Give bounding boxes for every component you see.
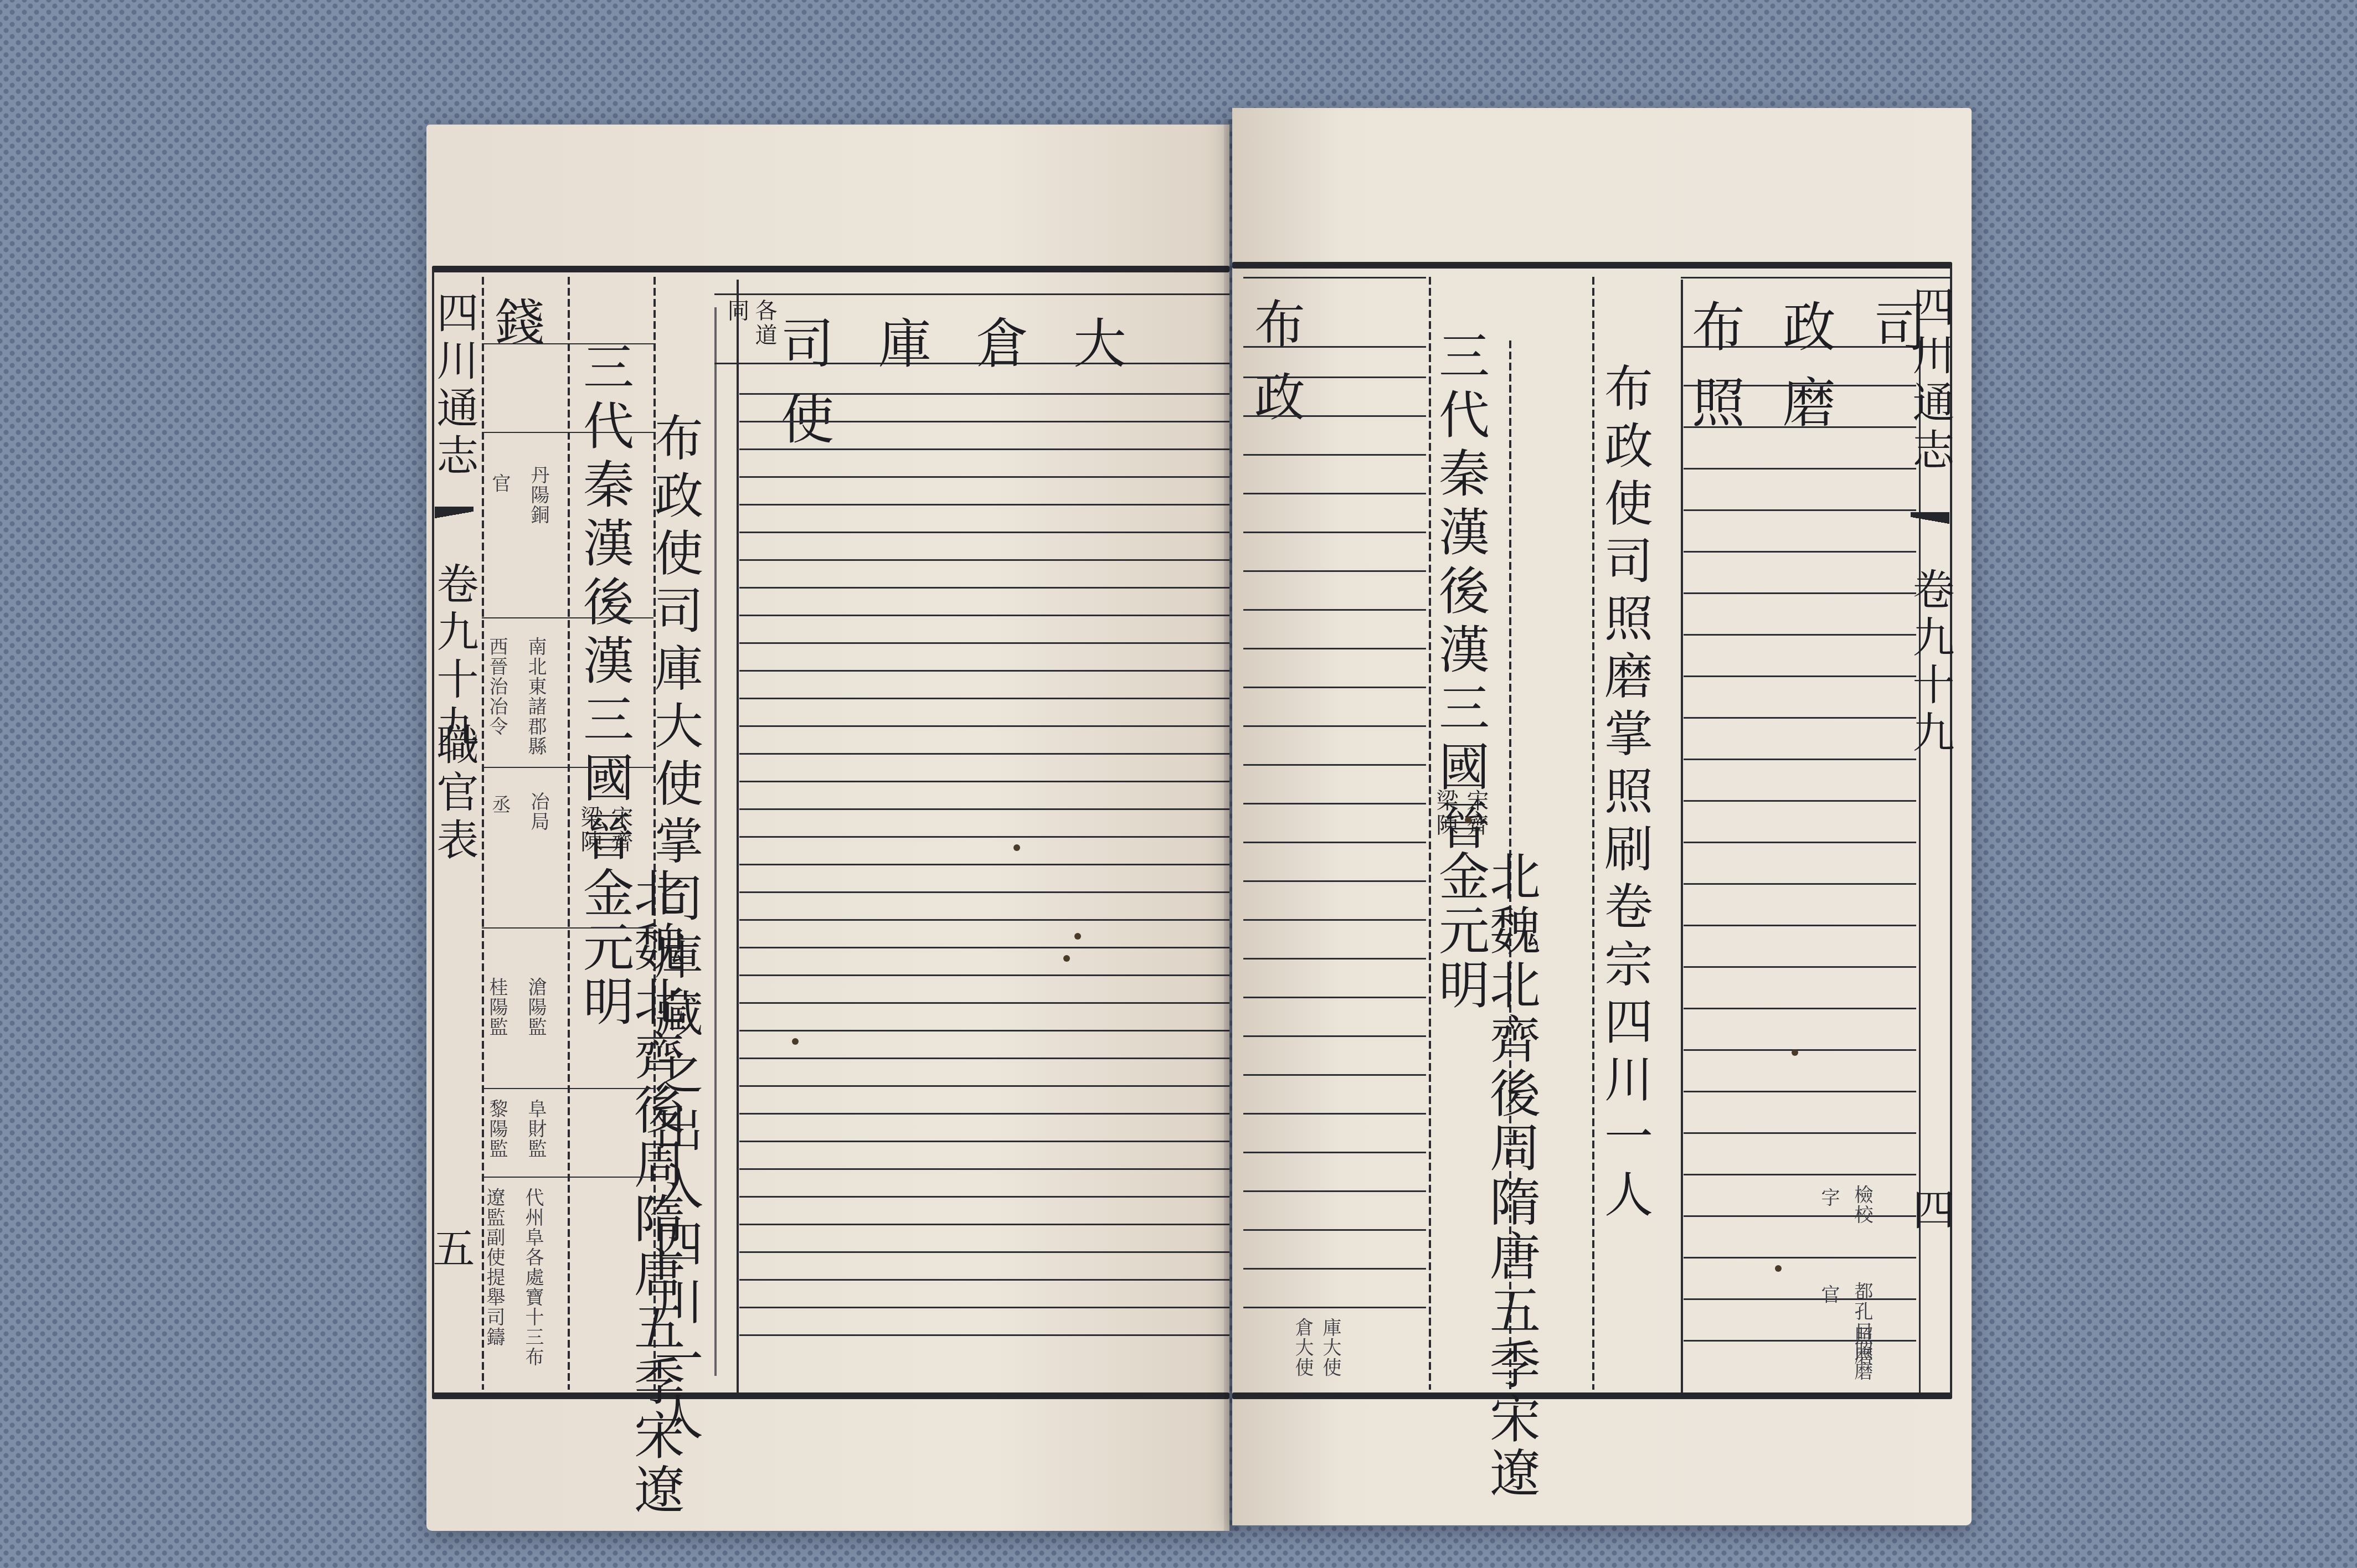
column-rule	[714, 307, 717, 1376]
grid-row	[1684, 509, 1916, 511]
grid-row	[1684, 966, 1916, 968]
grid-row	[1684, 426, 1916, 428]
grid-row	[739, 587, 1229, 589]
grid-row	[1684, 592, 1916, 594]
grid-row	[1243, 1074, 1426, 1076]
fish-tail-mark	[435, 507, 474, 523]
grid-row	[739, 1113, 1229, 1115]
dynasties-column-continued: 北魏北齊後周隋唐五季宋遼金元明	[1434, 850, 1536, 1525]
margin-book-title: 四川通志	[433, 291, 475, 481]
bottom-small-note: 倉大使	[1293, 1318, 1312, 1378]
fish-tail-mark	[1911, 512, 1949, 529]
grid-row	[739, 1030, 1229, 1031]
bottom-border	[432, 1392, 1229, 1399]
dynasties-inline-small: 梁陳	[579, 806, 601, 854]
grid-row	[739, 1002, 1229, 1004]
entry-note: 滄陽監	[526, 977, 545, 1037]
grid-row	[739, 1307, 1229, 1308]
grid-row	[1684, 1008, 1916, 1009]
dynasties-inline-small: 宋齊	[1465, 789, 1487, 838]
grid-row	[739, 1279, 1229, 1281]
grid-row	[1684, 1132, 1916, 1134]
grid-row	[739, 947, 1229, 948]
grid-row	[1243, 648, 1426, 649]
note-text: 照磨	[1852, 1326, 1871, 1366]
grid-row	[1684, 1215, 1916, 1217]
left-page: 四川通志 卷九十九 職官表 五 錢 官 丹陽銅 西晉治冶令 南北東諸郡縣 丞 冶…	[426, 125, 1229, 1531]
grid-row	[1243, 532, 1426, 533]
grid-row	[1243, 1113, 1426, 1115]
grid-row	[739, 504, 1229, 506]
grid-row	[1243, 997, 1426, 998]
grid-row	[739, 864, 1229, 865]
grid-row	[739, 1224, 1229, 1225]
grid-row	[1684, 1091, 1916, 1092]
header-cell-qian: 錢	[490, 296, 540, 346]
description-column: 布政使司庫大使掌司庫藏之出入四川一人	[651, 412, 699, 1449]
bottom-border	[1232, 1392, 1952, 1399]
note-text: 檢校	[1852, 1185, 1871, 1225]
grid-row	[739, 808, 1229, 810]
dynasties-inline-small: 梁陳	[1434, 789, 1457, 838]
dynasties-column: 三代秦漢後漢三國晉	[579, 341, 630, 869]
grid-row	[1243, 958, 1426, 960]
grid-row	[1243, 1035, 1426, 1037]
grid-row	[1243, 493, 1426, 494]
wormhole	[1013, 844, 1020, 851]
grid-row	[739, 448, 1229, 450]
grid-row	[1684, 1174, 1916, 1175]
heading-main: 司庫倉大使	[781, 302, 1218, 453]
grid-row	[1243, 1268, 1426, 1270]
margin-page-number: 四	[1909, 1188, 1951, 1235]
grid-row	[1243, 1229, 1426, 1231]
cell-rule	[482, 927, 653, 929]
grid-row	[739, 1141, 1229, 1142]
entry-label: 官	[490, 473, 509, 493]
wormhole	[1063, 955, 1070, 962]
grid-row	[1243, 1190, 1426, 1192]
note-label: 字	[1819, 1188, 1838, 1208]
heading-side-note: 同	[725, 299, 748, 323]
column-rule	[568, 277, 570, 1390]
wormhole	[792, 1038, 799, 1045]
cell-rule	[482, 1177, 653, 1178]
cell-rule	[482, 432, 653, 433]
table-heading: 司庫倉大使	[781, 302, 1218, 453]
grid-row	[739, 753, 1229, 755]
grid-row	[1684, 759, 1916, 760]
grid-row	[739, 642, 1229, 644]
entry-note: 阜財監	[526, 1099, 545, 1159]
entry-label: 遼監副使提舉司鑄	[485, 1188, 503, 1347]
grid-row	[739, 781, 1229, 782]
entry-label: 桂陽監	[487, 977, 506, 1037]
grid-row	[1684, 634, 1916, 636]
top-border	[1232, 262, 1952, 269]
top-border	[432, 266, 1229, 272]
grid-row	[1684, 1257, 1916, 1258]
grid-row	[1684, 800, 1916, 802]
margin-volume: 卷九十九	[1909, 568, 1951, 758]
entry-note: 丹陽銅	[529, 465, 548, 525]
grid-row	[1684, 675, 1916, 677]
cell-rule	[482, 343, 653, 344]
cell-rule	[482, 767, 653, 768]
grid-row	[1243, 842, 1426, 843]
grid-row	[739, 974, 1229, 976]
grid-row	[1684, 883, 1916, 885]
column-rule	[1592, 277, 1594, 1390]
grid-row	[739, 1196, 1229, 1198]
grid-row	[1243, 880, 1426, 882]
grid-row	[739, 836, 1229, 838]
grid-row	[739, 725, 1229, 727]
margin-book-title: 四川通志	[1909, 285, 1951, 476]
grid-row	[1243, 570, 1426, 572]
grid-row	[1684, 1049, 1916, 1051]
grid-row	[1243, 415, 1426, 417]
grid-row	[1243, 687, 1426, 688]
right-header-cell: 布政	[1254, 284, 1421, 430]
grid-row	[739, 476, 1229, 478]
grid-row	[739, 393, 1229, 395]
grid-row	[1243, 1152, 1426, 1153]
grid-row	[739, 1058, 1229, 1059]
grid-row	[1684, 1298, 1916, 1300]
margin-section: 職官表	[433, 723, 475, 865]
grid-row	[1243, 454, 1426, 456]
entry-label: 丞	[490, 795, 509, 814]
bottom-small-note: 庫大使	[1321, 1318, 1340, 1378]
dynasties-inline-small: 宋齊	[609, 806, 631, 854]
grid-row	[1243, 803, 1426, 804]
note-label: 官	[1819, 1285, 1838, 1304]
entry-note: 南北東諸郡縣	[526, 637, 545, 756]
cell-rule	[482, 1088, 653, 1089]
grid-row	[1684, 1340, 1916, 1342]
column-rule	[737, 280, 739, 1392]
grid-row	[1243, 764, 1426, 766]
grid-row	[739, 559, 1229, 561]
open-book: 四川通志 卷九十九 職官表 五 錢 官 丹陽銅 西晉治冶令 南北東諸郡縣 丞 冶…	[426, 108, 1972, 1531]
entry-note: 代州阜各處寶十三布	[523, 1188, 542, 1367]
margin-page-number: 五	[429, 1226, 471, 1274]
wormhole	[1792, 1049, 1798, 1056]
grid-row	[1684, 717, 1916, 719]
grid-row	[1243, 609, 1426, 611]
grid-row	[739, 698, 1229, 699]
grid-row	[1684, 842, 1916, 843]
grid-row	[739, 919, 1229, 921]
heading-side-note: 各道	[753, 299, 775, 348]
grid-row	[1684, 551, 1916, 553]
grid-row	[739, 891, 1229, 893]
heading-rule	[714, 293, 1229, 295]
grid-row	[739, 615, 1229, 616]
grid-row	[739, 1334, 1229, 1336]
entry-label: 黎陽監	[487, 1099, 506, 1159]
grid-row	[1243, 1307, 1426, 1308]
grid-row	[739, 532, 1229, 533]
dynasties-column: 三代秦漢後漢三國晉	[1434, 329, 1485, 858]
grid-row	[739, 670, 1229, 672]
wormhole	[1465, 817, 1471, 823]
heading-rule	[1681, 277, 1952, 278]
grid-row	[1243, 725, 1426, 727]
grid-row	[739, 421, 1229, 422]
grid-row	[1684, 925, 1916, 926]
right-page: 布政 倉大使 庫大使 三代秦漢後漢三國晉	[1232, 108, 1972, 1525]
grid-row	[1243, 376, 1426, 378]
header-cell-buzheng: 布政	[1254, 284, 1421, 430]
entry-label: 西晉治冶令	[487, 637, 506, 736]
cell-rule	[482, 617, 653, 618]
wormhole	[1775, 1265, 1782, 1272]
grid-row	[1684, 468, 1916, 470]
description-column: 布政使司照磨掌照刷卷宗四川一人	[1601, 363, 1649, 1226]
grid-row	[1243, 919, 1426, 921]
grid-row	[739, 1168, 1229, 1170]
wormhole	[1074, 933, 1081, 940]
cell-rule	[1243, 277, 1426, 278]
grid-row	[739, 1251, 1229, 1253]
grid-row	[1684, 385, 1916, 386]
column-rule	[1681, 280, 1683, 1392]
entry-note: 冶局	[529, 792, 548, 832]
grid-row	[739, 1085, 1229, 1087]
